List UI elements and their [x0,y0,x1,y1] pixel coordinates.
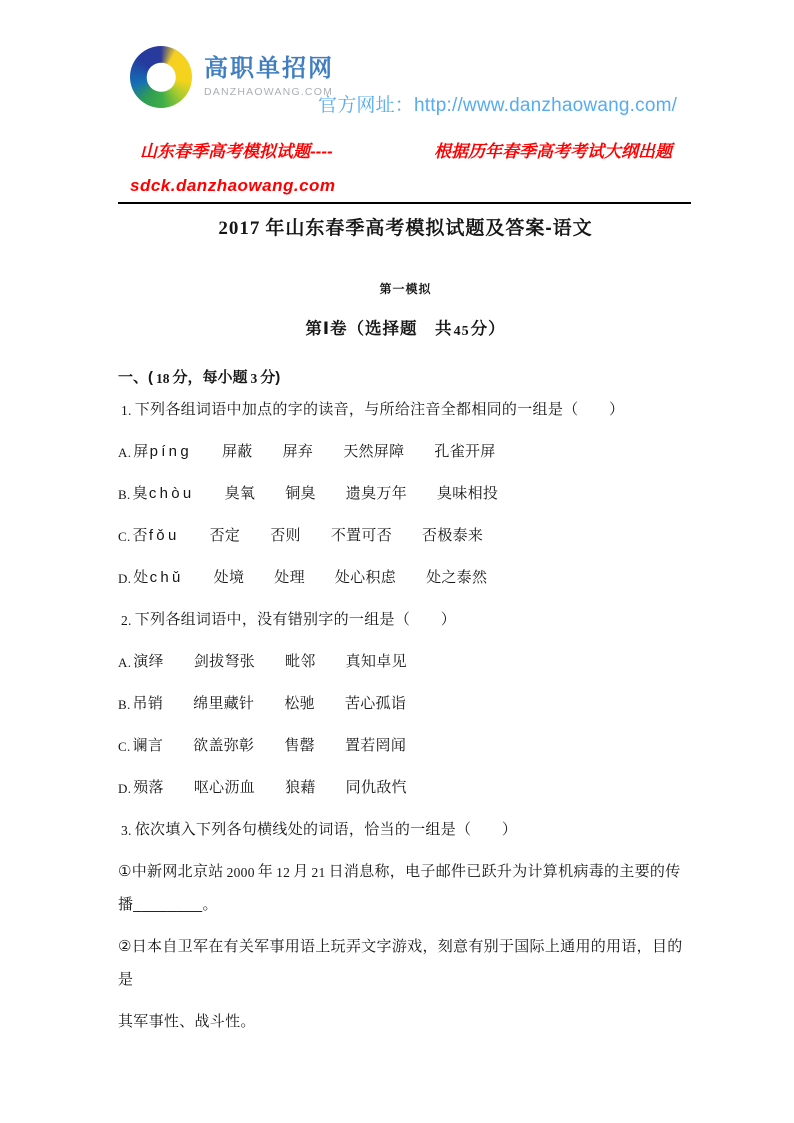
option-item: 呕心沥血 [194,779,255,796]
option-item: 殒落 [133,779,164,796]
option-item: 处之泰然 [426,569,487,586]
option-item: 否则 [270,527,301,544]
option-item: 苦心孤诣 [345,695,406,712]
header-divider [118,202,691,204]
slogan-left: 山东春季高考模拟试题---- [140,137,333,162]
brand-name-en: DANZHAOWANG.COM [204,87,334,98]
option-item: 绵里藏针 [193,695,254,712]
question-text: 2.下列各组词语中，没有错别字的一组是（ ） [118,603,693,636]
option-item: 吊销 [133,695,164,712]
option-row: D.处chǔ处境处理处心积虑处之泰然 [118,561,693,594]
site-logo: 高职单招网 DANZHAOWANG.COM [130,46,334,108]
edition-label: 第一模拟 [118,280,693,297]
option-item: 谰言 [133,737,164,754]
option-item: 处心积虑 [335,569,396,586]
paragraph: ①中新网北京站2000年12月21日消息称，电子邮件已跃升为计算机病毒的主要的传… [118,855,693,921]
option-item: 臭氧 [225,485,256,502]
option-row: A.演绎剑拔弩张毗邻真知卓见 [118,645,693,678]
option-item: 演绎 [133,653,164,670]
option-label: D. [118,781,131,796]
document-body: 1.下列各组词语中加点的字的读音，与所给注音全都相同的一组是（ ）A.屏píng… [118,393,693,1038]
option-item: 真知卓见 [346,653,407,670]
option-item: 否极泰来 [422,527,483,544]
brand-text: 高职单招网 DANZHAOWANG.COM [204,57,334,98]
option-item: 剑拔弩张 [194,653,255,670]
option-item: 售罄 [284,737,315,754]
option-label: B. [118,487,131,502]
option-item: 松驰 [284,695,315,712]
option-item: 铜臭 [285,485,316,502]
option-item: 欲盖弥彰 [193,737,254,754]
subdomain-text: sdck.danzhaowang.com [130,176,336,196]
option-row: B.吊销绵里藏针松驰苦心孤诣 [118,687,693,720]
slogan-right: 根据历年春季高考考试大纲出题 [434,137,672,162]
official-url-link[interactable]: 官方网址：http://www.danzhaowang.com/ [318,90,677,117]
option-row: D.殒落呕心沥血狼藉同仇敌忾 [118,771,693,804]
page-title: 2017年山东春季高考模拟试题及答案-语文 [118,216,693,242]
option-item: 不置可否 [331,527,392,544]
question-text: 3.依次填入下列各句横线处的词语，恰当的一组是（ ） [118,813,693,846]
option-item: 否fǒu [133,527,180,544]
option-label: C. [118,529,131,544]
paragraph: 其军事性、战斗性。 [118,1005,693,1038]
section-heading: 第Ⅰ卷（选择题 共45分） [118,315,693,339]
document-page: 高职单招网 DANZHAOWANG.COM 官方网址：http://www.da… [0,0,794,1123]
option-row: C.谰言欲盖弥彰售罄置若罔闻 [118,729,693,762]
option-label: A. [118,445,131,460]
option-item: 处理 [274,569,305,586]
question-text: 1.下列各组词语中加点的字的读音，与所给注音全都相同的一组是（ ） [118,393,693,426]
option-row: B.臭chòu臭氧铜臭遗臭万年臭味相投 [118,477,693,510]
option-item: 臭chòu [133,485,195,502]
option-item: 屏píng [133,443,192,460]
option-row: A.屏píng屏蔽屏弃天然屏障孔雀开屏 [118,435,693,468]
brand-name-cn: 高职单招网 [204,57,334,81]
option-item: 否定 [210,527,241,544]
paragraph: ②日本自卫军在有关军事用语上玩弄文字游戏，刻意有别于国际上通用的用语，目的是 [118,930,693,996]
option-row: C.否fǒu否定否则不置可否否极泰来 [118,519,693,552]
option-item: 狼藉 [285,779,316,796]
option-item: 处境 [214,569,245,586]
option-label: D. [118,571,131,586]
part-heading: 一、(18分，每小题3分) [118,366,693,387]
option-label: A. [118,655,131,670]
slogan-line: 山东春季高考模拟试题---- 根据历年春季高考考试大纲出题 [140,137,672,162]
brand-swirl-icon [130,46,192,108]
option-item: 置若罔闻 [345,737,406,754]
document-content: 2017年山东春季高考模拟试题及答案-语文 第一模拟 第Ⅰ卷（选择题 共45分）… [118,216,693,1047]
option-item: 屏蔽 [222,443,253,460]
option-item: 同仇敌忾 [346,779,407,796]
option-item: 孔雀开屏 [434,443,495,460]
option-item: 处chǔ [133,569,183,586]
option-label: C. [118,739,131,754]
option-item: 臭味相投 [437,485,498,502]
option-item: 遗臭万年 [346,485,407,502]
option-label: B. [118,697,131,712]
option-item: 天然屏障 [343,443,404,460]
option-item: 毗邻 [285,653,316,670]
option-item: 屏弃 [283,443,314,460]
